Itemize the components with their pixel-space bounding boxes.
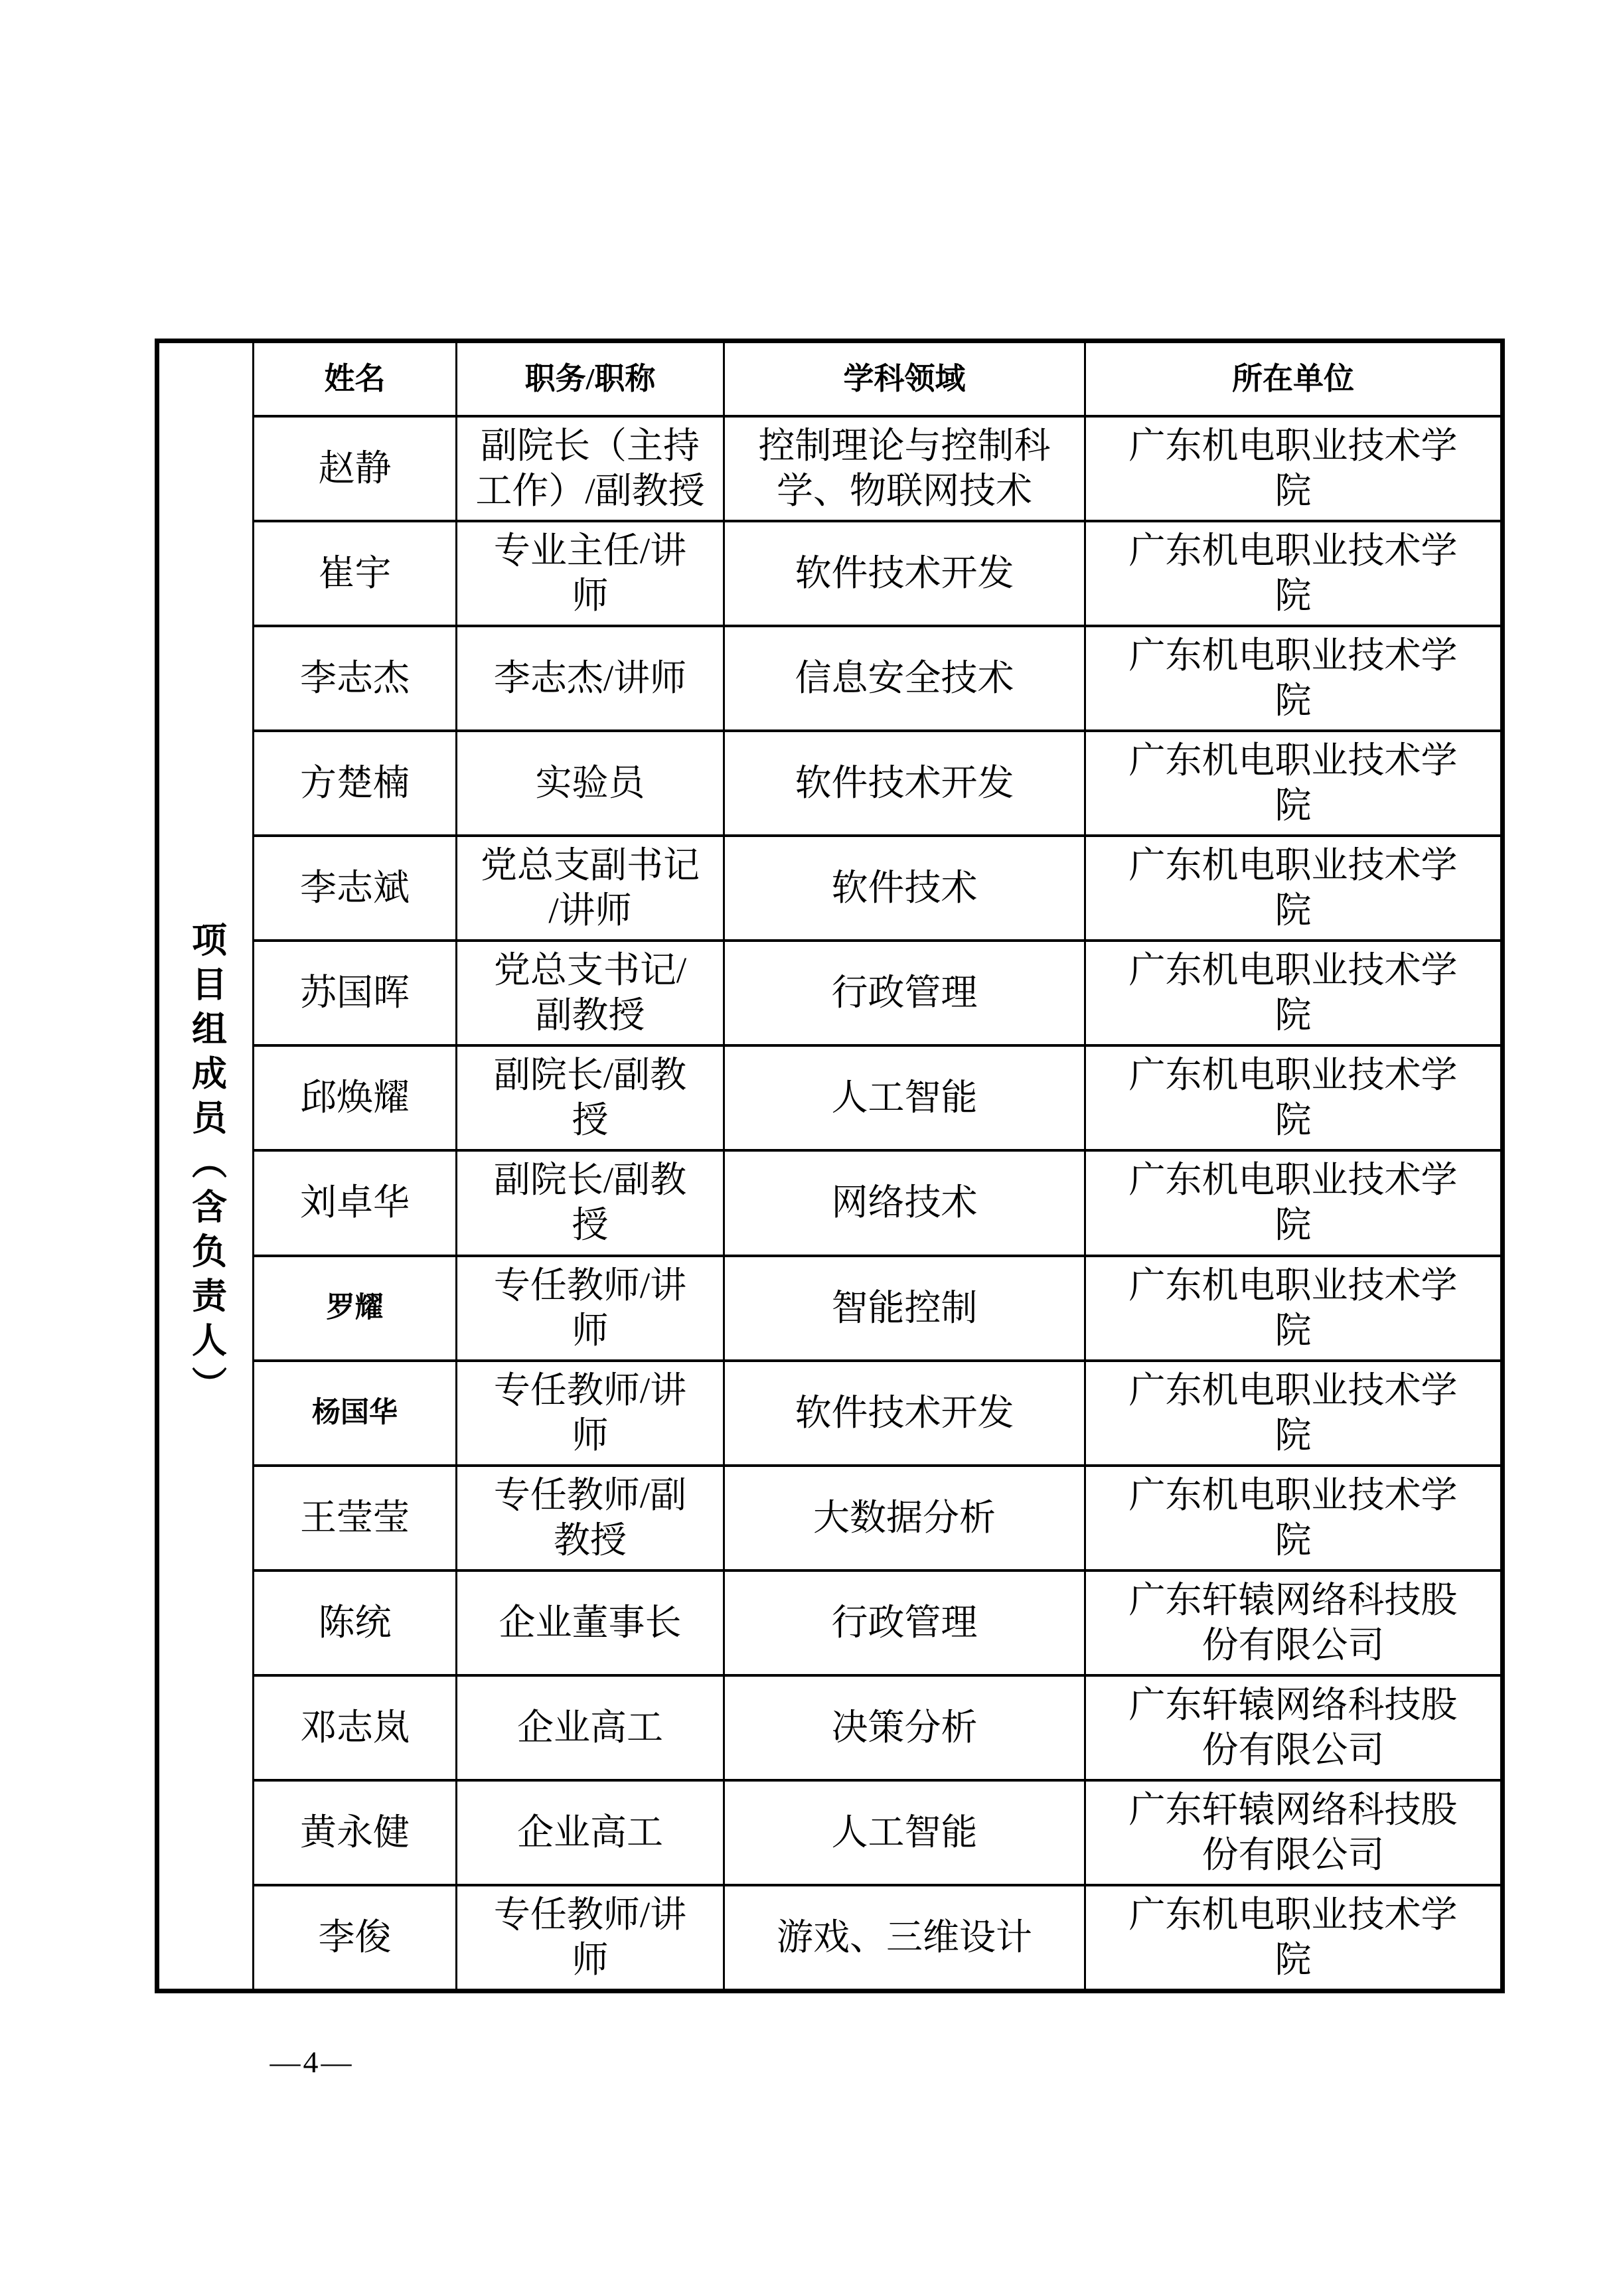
cell-name: 陈统 — [252, 1569, 455, 1674]
cell-field: 人工智能 — [723, 1779, 1084, 1884]
document-page: 项目组成员（含负责人） 姓名 职务/职称 学科领域 所在单位 赵静 副院长（主持… — [0, 0, 1623, 2296]
cell-field: 行政管理 — [723, 939, 1084, 1044]
cell-title: 党总支副书记 /讲师 — [455, 834, 723, 939]
cell-field: 智能控制 — [723, 1255, 1084, 1359]
cell-field: 控制理论与控制科 学、物联网技术 — [723, 415, 1084, 520]
cell-field: 软件技术 — [723, 834, 1084, 939]
cell-title: 专任教师/讲 师 — [455, 1255, 723, 1359]
cell-name: 赵静 — [252, 415, 455, 520]
column-header-org: 所在单位 — [1084, 343, 1500, 415]
cell-name: 苏国晖 — [252, 939, 455, 1044]
cell-name: 崔宇 — [252, 520, 455, 625]
cell-title: 专任教师/讲 师 — [455, 1884, 723, 1989]
cell-org: 广东机电职业技术学 院 — [1084, 834, 1500, 939]
cell-name: 杨国华 — [252, 1359, 455, 1464]
cell-org: 广东机电职业技术学 院 — [1084, 729, 1500, 834]
cell-org: 广东轩辕网络科技股 份有限公司 — [1084, 1569, 1500, 1674]
cell-title: 党总支书记/ 副教授 — [455, 939, 723, 1044]
cell-title: 副院长（主持 工作）/副教授 — [455, 415, 723, 520]
cell-name: 李志斌 — [252, 834, 455, 939]
cell-name: 李志杰 — [252, 625, 455, 729]
cell-title: 企业高工 — [455, 1779, 723, 1884]
column-header-field: 学科领域 — [723, 343, 1084, 415]
cell-field: 人工智能 — [723, 1044, 1084, 1149]
cell-org: 广东轩辕网络科技股 份有限公司 — [1084, 1779, 1500, 1884]
cell-org: 广东机电职业技术学 院 — [1084, 1149, 1500, 1254]
cell-name: 邓志岚 — [252, 1674, 455, 1779]
project-members-table: 项目组成员（含负责人） 姓名 职务/职称 学科领域 所在单位 赵静 副院长（主持… — [155, 339, 1505, 1993]
cell-org: 广东轩辕网络科技股 份有限公司 — [1084, 1674, 1500, 1779]
cell-title: 李志杰/讲师 — [455, 625, 723, 729]
cell-field: 决策分析 — [723, 1674, 1084, 1779]
cell-org: 广东机电职业技术学 院 — [1084, 1884, 1500, 1989]
column-header-name: 姓名 — [252, 343, 455, 415]
cell-title: 企业董事长 — [455, 1569, 723, 1674]
cell-name: 方楚楠 — [252, 729, 455, 834]
cell-org: 广东机电职业技术学 院 — [1084, 520, 1500, 625]
cell-org: 广东机电职业技术学 院 — [1084, 625, 1500, 729]
row-group-label: 项目组成员（含负责人） — [159, 343, 252, 1989]
cell-title: 专任教师/副 教授 — [455, 1464, 723, 1569]
cell-name: 黄永健 — [252, 1779, 455, 1884]
cell-title: 副院长/副教 授 — [455, 1149, 723, 1254]
cell-field: 软件技术开发 — [723, 520, 1084, 625]
cell-org: 广东机电职业技术学 院 — [1084, 415, 1500, 520]
cell-field: 信息安全技术 — [723, 625, 1084, 729]
cell-org: 广东机电职业技术学 院 — [1084, 1255, 1500, 1359]
cell-title: 企业高工 — [455, 1674, 723, 1779]
cell-name: 罗耀 — [252, 1255, 455, 1359]
cell-name: 王莹莹 — [252, 1464, 455, 1569]
cell-org: 广东机电职业技术学 院 — [1084, 1359, 1500, 1464]
cell-title: 专业主任/讲 师 — [455, 520, 723, 625]
cell-field: 软件技术开发 — [723, 1359, 1084, 1464]
page-number: —4— — [239, 2044, 385, 2080]
cell-name: 李俊 — [252, 1884, 455, 1989]
cell-title: 实验员 — [455, 729, 723, 834]
cell-org: 广东机电职业技术学 院 — [1084, 1464, 1500, 1569]
cell-title: 副院长/副教 授 — [455, 1044, 723, 1149]
column-header-title: 职务/职称 — [455, 343, 723, 415]
cell-field: 游戏、三维设计 — [723, 1884, 1084, 1989]
cell-org: 广东机电职业技术学 院 — [1084, 1044, 1500, 1149]
cell-field: 网络技术 — [723, 1149, 1084, 1254]
cell-field: 软件技术开发 — [723, 729, 1084, 834]
cell-org: 广东机电职业技术学 院 — [1084, 939, 1500, 1044]
cell-field: 行政管理 — [723, 1569, 1084, 1674]
cell-name: 刘卓华 — [252, 1149, 455, 1254]
cell-name: 邱焕耀 — [252, 1044, 455, 1149]
cell-field: 大数据分析 — [723, 1464, 1084, 1569]
cell-title: 专任教师/讲 师 — [455, 1359, 723, 1464]
